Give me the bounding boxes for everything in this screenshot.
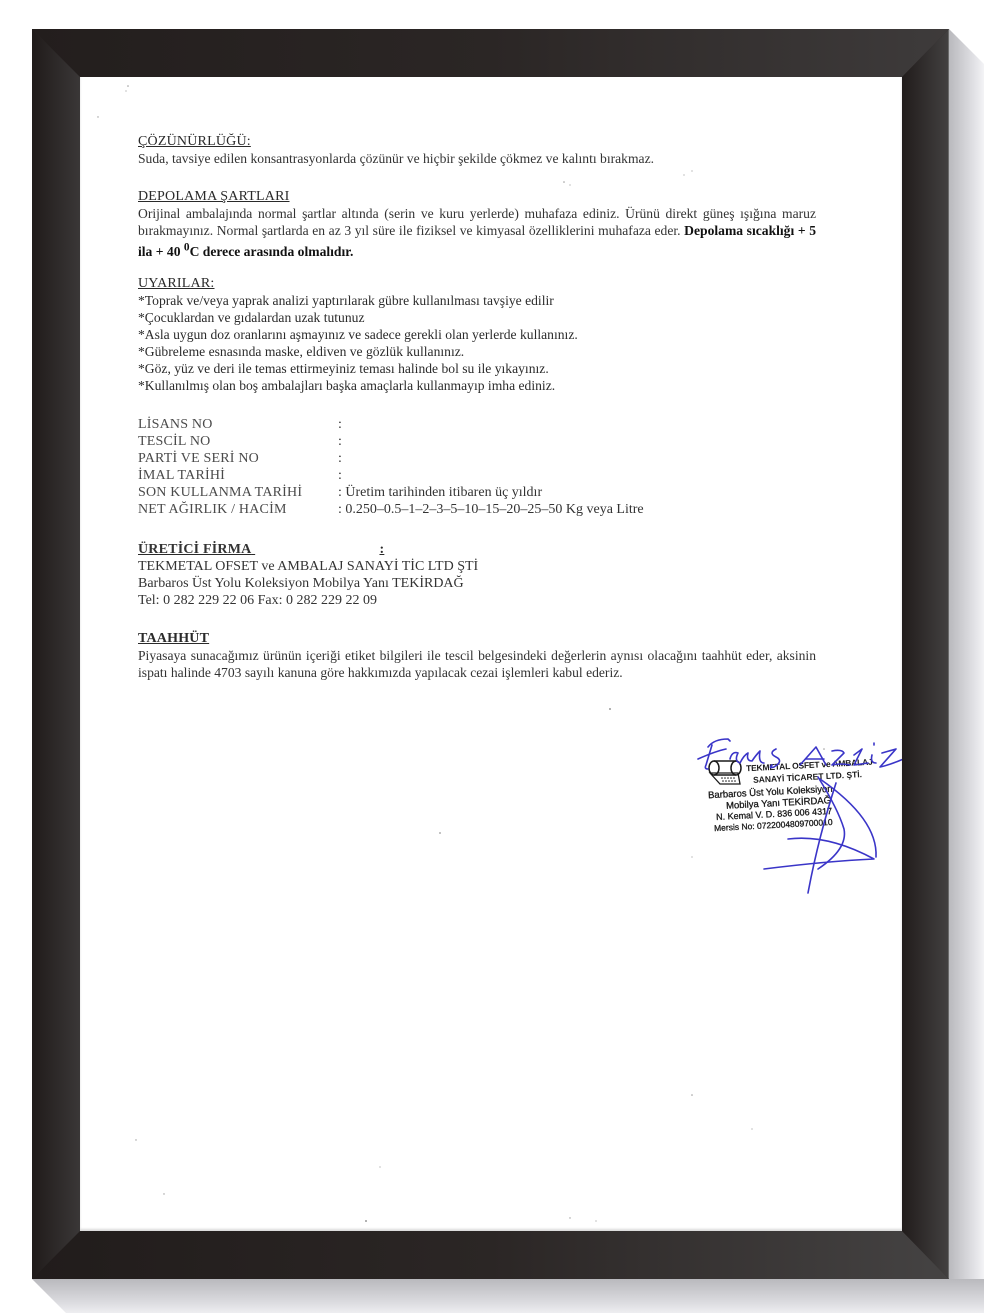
info-row-expiry: SON KULLANMA TARİHİ : Üretim tarihinden … — [138, 484, 644, 501]
solubility-text: Suda, tavsiye edilen konsantrasyonlarda … — [138, 150, 654, 167]
info-row-license: LİSANS NO : — [138, 416, 644, 433]
info-label: İMAL TARİHİ — [138, 467, 338, 484]
frame-bottom-rail — [32, 1231, 949, 1279]
document-page: ÇÖZÜNÜRLÜĞÜ: Suda, tavsiye edilen konsan… — [80, 77, 902, 1231]
commitment-text: Piyasaya sunacağımız ürünün içeriği etik… — [138, 647, 816, 681]
manufacturer-heading: ÜRETİCİ FİRMA — [138, 542, 251, 557]
warnings-heading: UYARILAR: — [138, 275, 578, 292]
frame-shadow-right — [949, 29, 984, 1313]
info-row-net-weight: NET AĞIRLIK / HACİM : 0.250–0.5–1–2–3–5–… — [138, 501, 644, 518]
info-row-manufacture-date: İMAL TARİHİ : — [138, 467, 644, 484]
commitment-heading: TAAHHÜT — [138, 630, 816, 647]
storage-text: Orijinal ambalajında normal şartlar altı… — [138, 205, 816, 260]
manufacturer-heading-colon: : — [379, 542, 384, 557]
info-row-batch: PARTİ VE SERİ NO : — [138, 450, 644, 467]
frame-right-rail — [902, 29, 949, 1279]
warning-item: *Çocuklardan ve gıdalardan uzak tutunuz — [138, 309, 578, 326]
info-label: PARTİ VE SERİ NO — [138, 450, 338, 467]
warning-item: *Kullanılmış olan boş ambalajları başka … — [138, 377, 578, 394]
info-label: NET AĞIRLIK / HACİM — [138, 501, 338, 518]
info-value: : — [338, 467, 644, 484]
section-commitment: TAAHHÜT Piyasaya sunacağımız ürünün içer… — [138, 630, 816, 681]
section-warnings: UYARILAR: *Toprak ve/veya yaprak analizi… — [138, 275, 578, 394]
heading-underline-spacer — [251, 541, 379, 558]
product-info-table: LİSANS NO : TESCİL NO : PARTİ VE SERİ NO… — [138, 416, 644, 518]
warning-item: *Gübreleme esnasında maske, eldiven ve g… — [138, 343, 578, 360]
storage-temperature-suffix: C derece arasında olmalıdır. — [190, 244, 354, 259]
section-storage-conditions: DEPOLAMA ŞARTLARI Orijinal ambalajında n… — [138, 188, 816, 260]
warning-item: *Toprak ve/veya yaprak analizi yaptırıla… — [138, 292, 578, 309]
frame-top-rail — [32, 29, 949, 77]
info-label: TESCİL NO — [138, 433, 338, 450]
warning-item: *Asla uygun doz oranlarını aşmayınız ve … — [138, 326, 578, 343]
company-phone-fax: Tel: 0 282 229 22 06 Fax: 0 282 229 22 0… — [138, 592, 478, 609]
info-value: : Üretim tarihinden itibaren üç yıldır — [338, 484, 644, 501]
section-solubility: ÇÖZÜNÜRLÜĞÜ: Suda, tavsiye edilen konsan… — [138, 133, 654, 167]
storage-heading: DEPOLAMA ŞARTLARI — [138, 188, 816, 205]
frame-shadow-bottom — [32, 1279, 984, 1313]
company-name: TEKMETAL OFSET ve AMBALAJ SANAYİ TİC LTD… — [138, 558, 478, 575]
handwritten-signature — [668, 719, 902, 899]
info-value: : — [338, 433, 644, 450]
info-label: LİSANS NO — [138, 416, 338, 433]
section-manufacturer: ÜRETİCİ FİRMA : TEKMETAL OFSET ve AMBALA… — [138, 540, 478, 609]
company-address: Barbaros Üst Yolu Koleksiyon Mobilya Yan… — [138, 575, 478, 592]
manufacturer-heading-row: ÜRETİCİ FİRMA : — [138, 541, 384, 558]
info-value: : 0.250–0.5–1–2–3–5–10–15–20–25–50 Kg ve… — [338, 501, 644, 518]
frame-left-rail — [32, 29, 80, 1279]
info-value: : — [338, 416, 644, 433]
info-label: SON KULLANMA TARİHİ — [138, 484, 338, 501]
info-value: : — [338, 450, 644, 467]
solubility-heading: ÇÖZÜNÜRLÜĞÜ: — [138, 133, 654, 150]
info-row-registration: TESCİL NO : — [138, 433, 644, 450]
warning-item: *Göz, yüz ve deri ile temas ettirmeyiniz… — [138, 360, 578, 377]
